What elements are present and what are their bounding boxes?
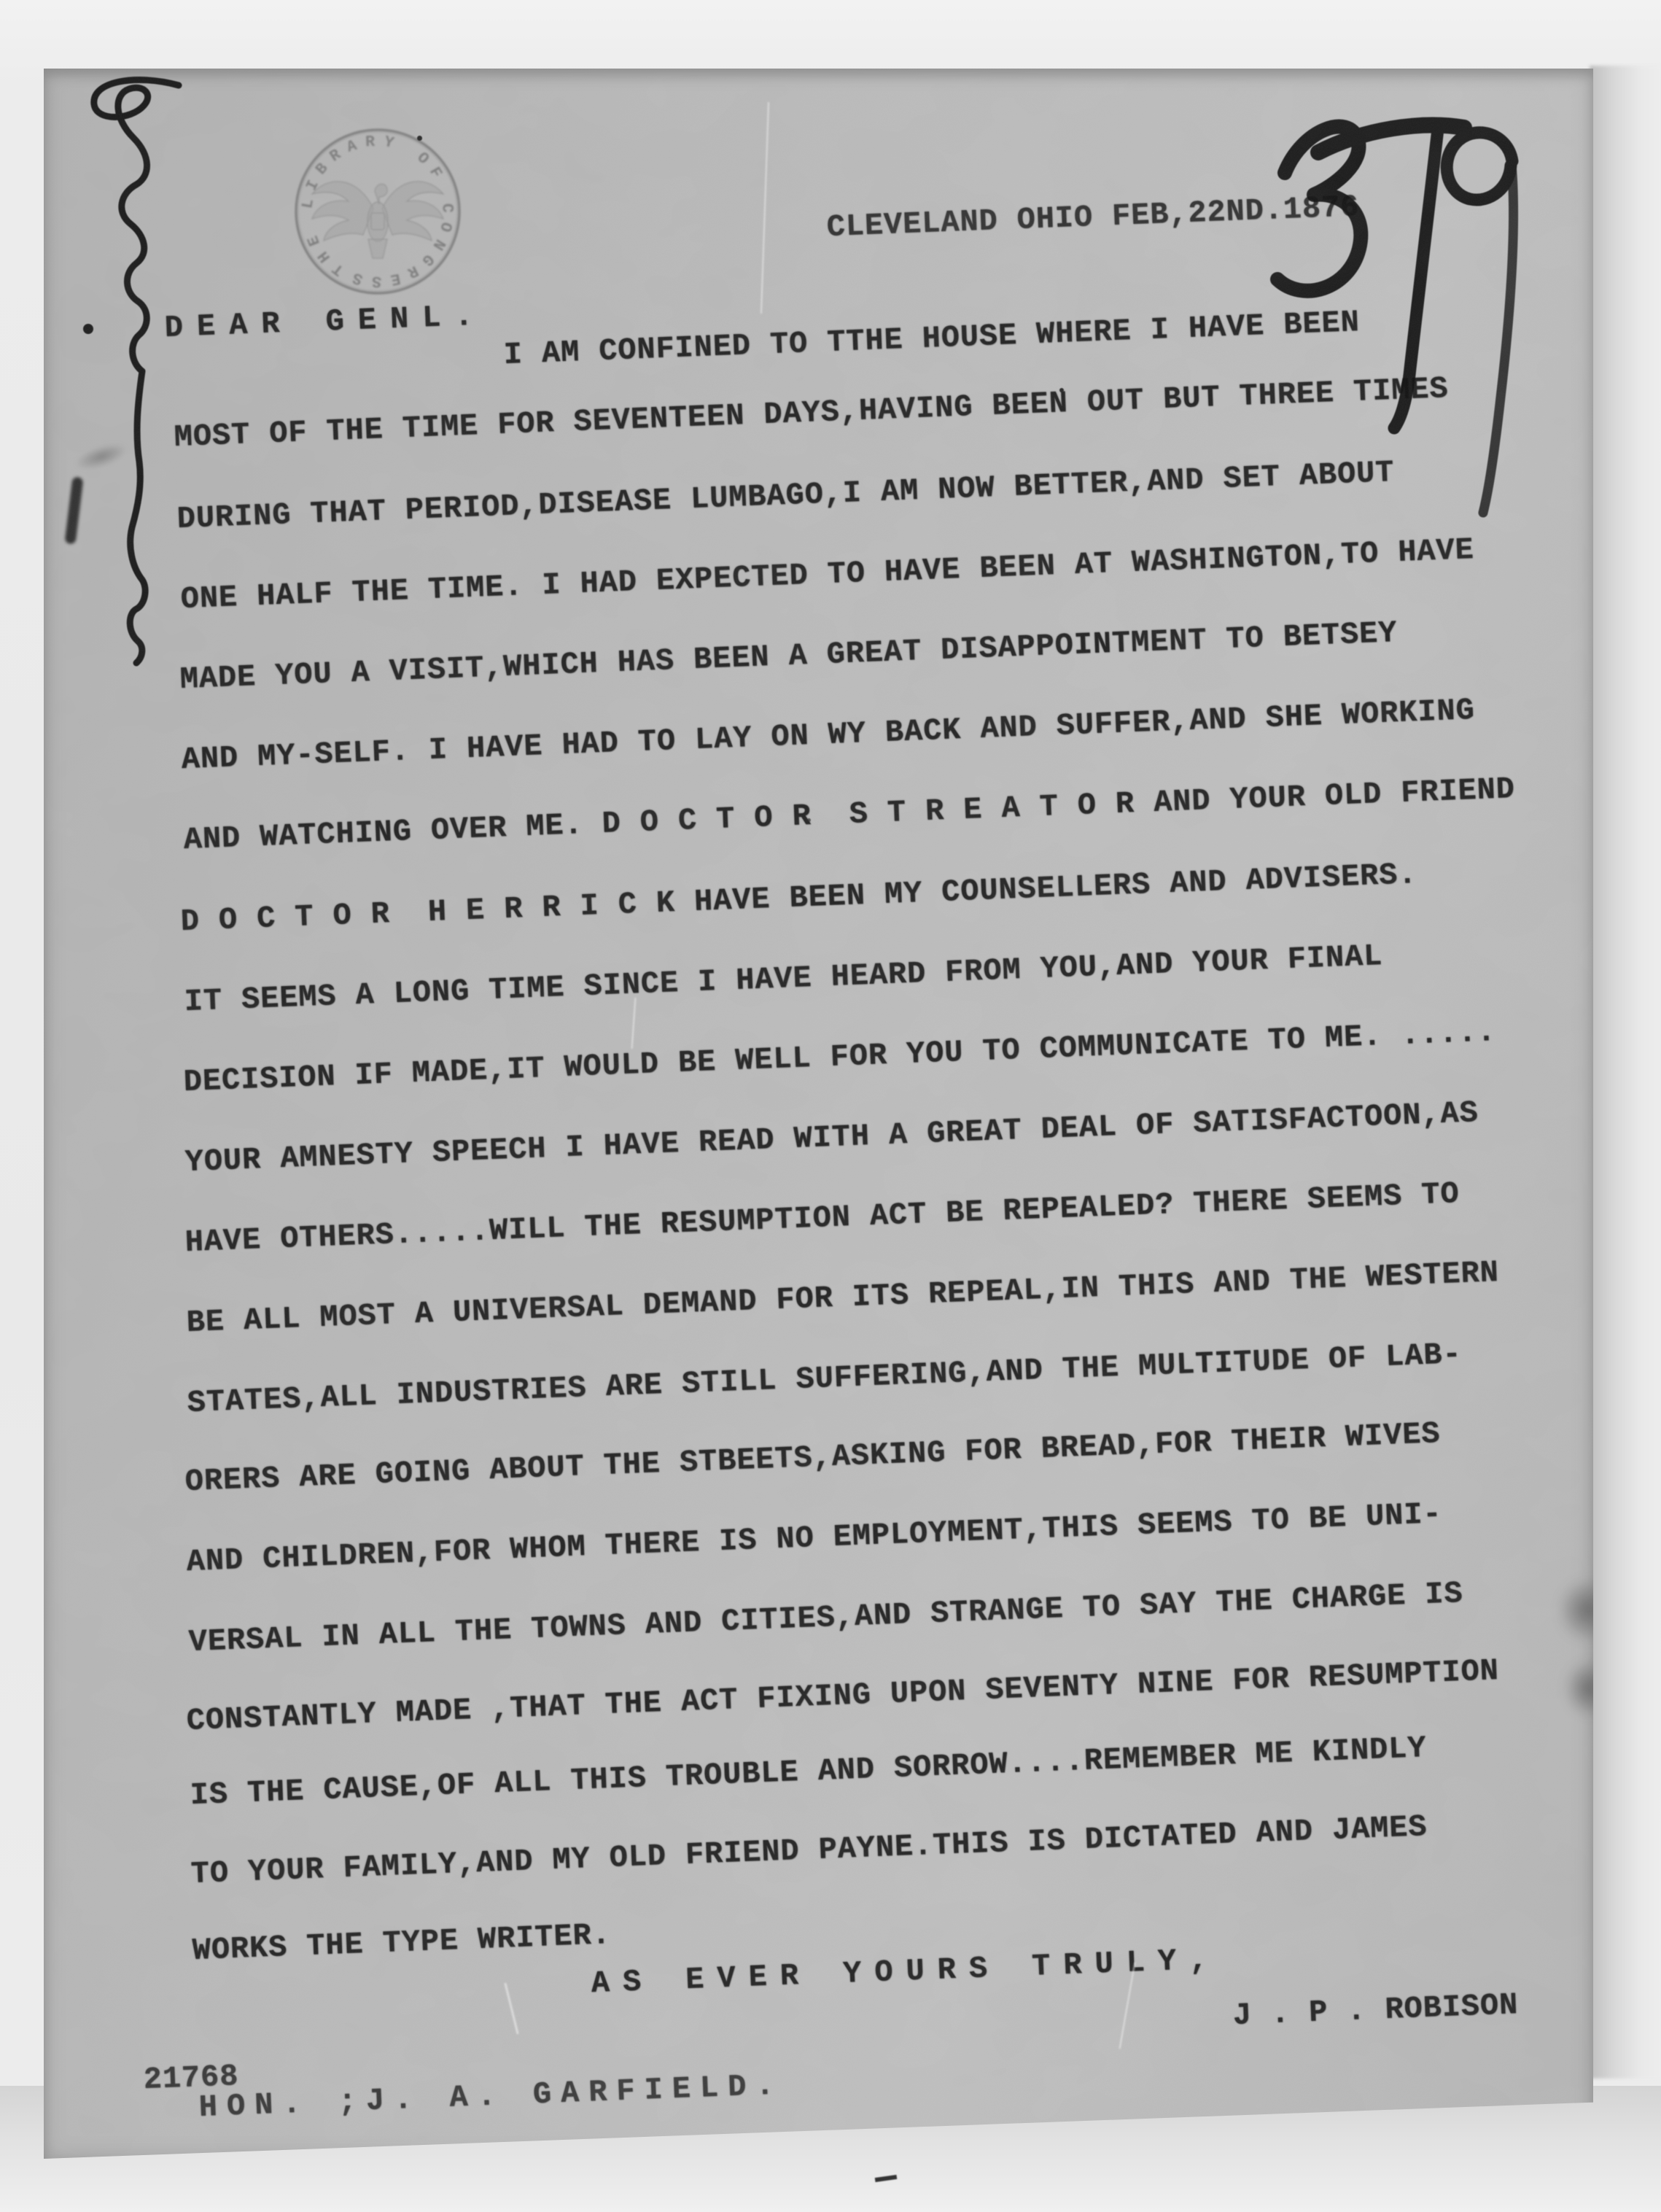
typed-line: YOUR AMNESTY SPEECH I HAVE READ WITH A G… [184, 1097, 1479, 1179]
handwritten-flourish [69, 69, 222, 675]
typed-line: VERSAL IN ALL THE TOWNS AND CITIES,AND S… [188, 1577, 1463, 1658]
typed-line: AND CHILDREN,FOR WHOM THERE IS NO EMPLOY… [186, 1498, 1442, 1578]
typed-line: HAVE OTHERS.....WILL THE RESUMPTION ACT … [184, 1178, 1460, 1259]
typed-line: TO YOUR FAMILY,AND MY OLD FRIEND PAYNE.T… [190, 1811, 1428, 1890]
typed-line: STATES,ALL INDUSTRIES ARE STILL SUFFERIN… [187, 1338, 1462, 1419]
addressee-line: HON. ;J. A. GARFIELD. [198, 2069, 784, 2124]
typed-line: WORKS THE TYPE WRITER. [192, 1919, 612, 1967]
typed-line: MADE YOU A VISIT,WHICH HAS BEEN A GREAT … [179, 617, 1398, 696]
typed-line: ORERS ARE GOING ABOUT THE STBEETS,ASKING… [184, 1418, 1441, 1498]
letter-paper: THE LIBRARY OF CONGRESS CLEVELAND OHIO F… [44, 69, 1593, 2159]
typed-line: AND MY-SELF. I HAVE HAD TO LAY ON WY BAC… [181, 694, 1475, 776]
signature-line: J . P . ROBISON [1232, 1989, 1519, 2032]
ink-dash [875, 2175, 898, 2182]
handwritten-page-number: 379 [1232, 91, 1539, 558]
typed-line: IT SEEMS A LONG TIME SINCE I HAVE HEARD … [184, 940, 1383, 1018]
photo-backing-right-band [1590, 66, 1661, 2079]
typed-line: BE ALL MOST A UNIVERSAL DEMAND FOR ITS R… [186, 1257, 1500, 1339]
scan-photo-background: { "letter": { "archive_number": "379", "… [0, 0, 1661, 2212]
typed-line: DURING THAT PERIOD,DISEASE LUMBAGO,I AM … [176, 457, 1395, 535]
typed-line: IS THE CAUSE,OF ALL THIS TROUBLE AND SOR… [190, 1732, 1427, 1812]
typed-line: D O C T O R H E R R I C K HAVE BEEN MY C… [180, 858, 1417, 938]
typed-line: CONSTANTLY MADE ,THAT THE ACT FIXING UPO… [186, 1655, 1500, 1737]
typed-line: DECISION IF MADE,IT WOULD BE WELL FOR YO… [183, 1016, 1497, 1098]
typed-line: AND WATCHING OVER ME. D O C T O R S T R … [183, 773, 1516, 856]
closing-line: AS EVER YOURS TRULY, [591, 1944, 1221, 2000]
